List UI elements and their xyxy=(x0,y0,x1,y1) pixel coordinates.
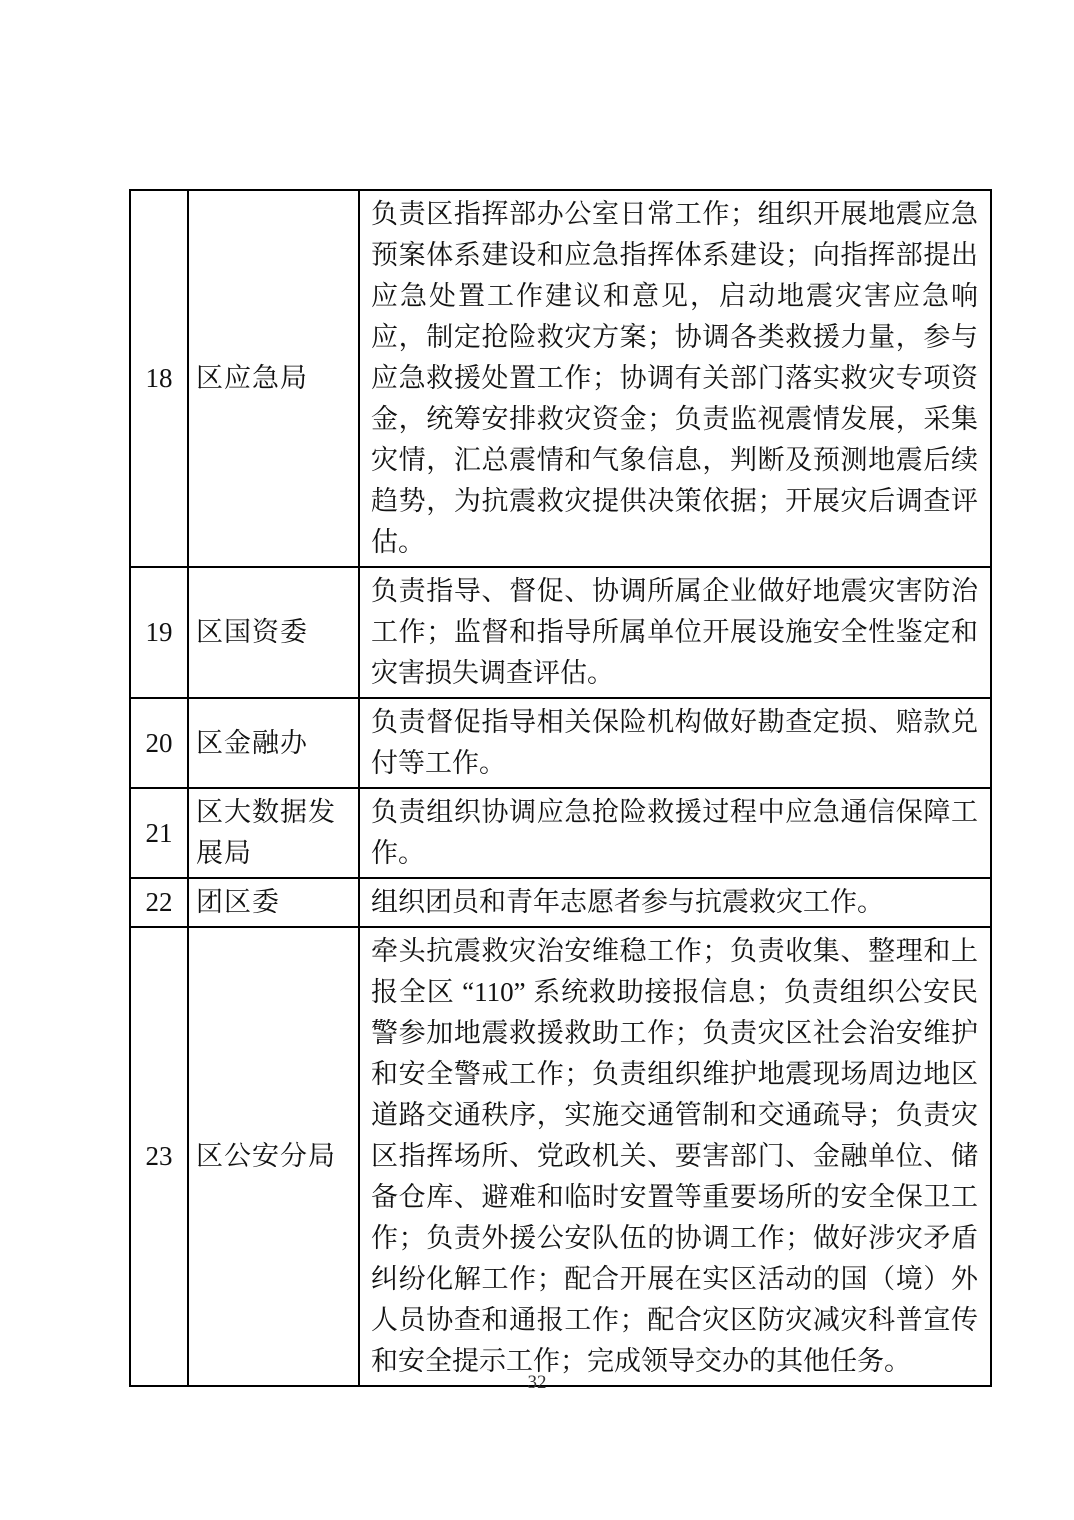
table-row: 23 区公安分局 牵头抗震救灾治安维稳工作；负责收集、整理和上报全区 “110”… xyxy=(130,927,991,1386)
department-cell: 区大数据发展局 xyxy=(188,788,359,878)
duty-cell: 负责组织协调应急抢险救援过程中应急通信保障工作。 xyxy=(359,788,991,878)
department-cell: 区金融办 xyxy=(188,698,359,788)
duty-cell: 组织团员和青年志愿者参与抗震救灾工作。 xyxy=(359,878,991,927)
duty-cell: 牵头抗震救灾治安维稳工作；负责收集、整理和上报全区 “110” 系统救助接报信息… xyxy=(359,927,991,1386)
table-row: 22 团区委 组织团员和青年志愿者参与抗震救灾工作。 xyxy=(130,878,991,927)
department-cell: 团区委 xyxy=(188,878,359,927)
row-number-cell: 18 xyxy=(130,190,188,567)
duty-cell: 负责指导、督促、协调所属企业做好地震灾害防治工作；监督和指导所属单位开展设施安全… xyxy=(359,567,991,698)
document-page: 18 区应急局 负责区指挥部办公室日常工作；组织开展地震应急预案体系建设和应急指… xyxy=(0,0,1074,1520)
duties-table: 18 区应急局 负责区指挥部办公室日常工作；组织开展地震应急预案体系建设和应急指… xyxy=(129,189,992,1387)
row-number-cell: 20 xyxy=(130,698,188,788)
department-cell: 区应急局 xyxy=(188,190,359,567)
table-row: 19 区国资委 负责指导、督促、协调所属企业做好地震灾害防治工作；监督和指导所属… xyxy=(130,567,991,698)
row-number-cell: 23 xyxy=(130,927,188,1386)
row-number-cell: 22 xyxy=(130,878,188,927)
duty-cell: 负责区指挥部办公室日常工作；组织开展地震应急预案体系建设和应急指挥体系建设；向指… xyxy=(359,190,991,567)
table-row: 18 区应急局 负责区指挥部办公室日常工作；组织开展地震应急预案体系建设和应急指… xyxy=(130,190,991,567)
table-row: 20 区金融办 负责督促指导相关保险机构做好勘查定损、赔款兑付等工作。 xyxy=(130,698,991,788)
department-cell: 区国资委 xyxy=(188,567,359,698)
page-number: 32 xyxy=(0,1372,1074,1394)
duty-cell: 负责督促指导相关保险机构做好勘查定损、赔款兑付等工作。 xyxy=(359,698,991,788)
row-number-cell: 19 xyxy=(130,567,188,698)
table-row: 21 区大数据发展局 负责组织协调应急抢险救援过程中应急通信保障工作。 xyxy=(130,788,991,878)
department-cell: 区公安分局 xyxy=(188,927,359,1386)
row-number-cell: 21 xyxy=(130,788,188,878)
